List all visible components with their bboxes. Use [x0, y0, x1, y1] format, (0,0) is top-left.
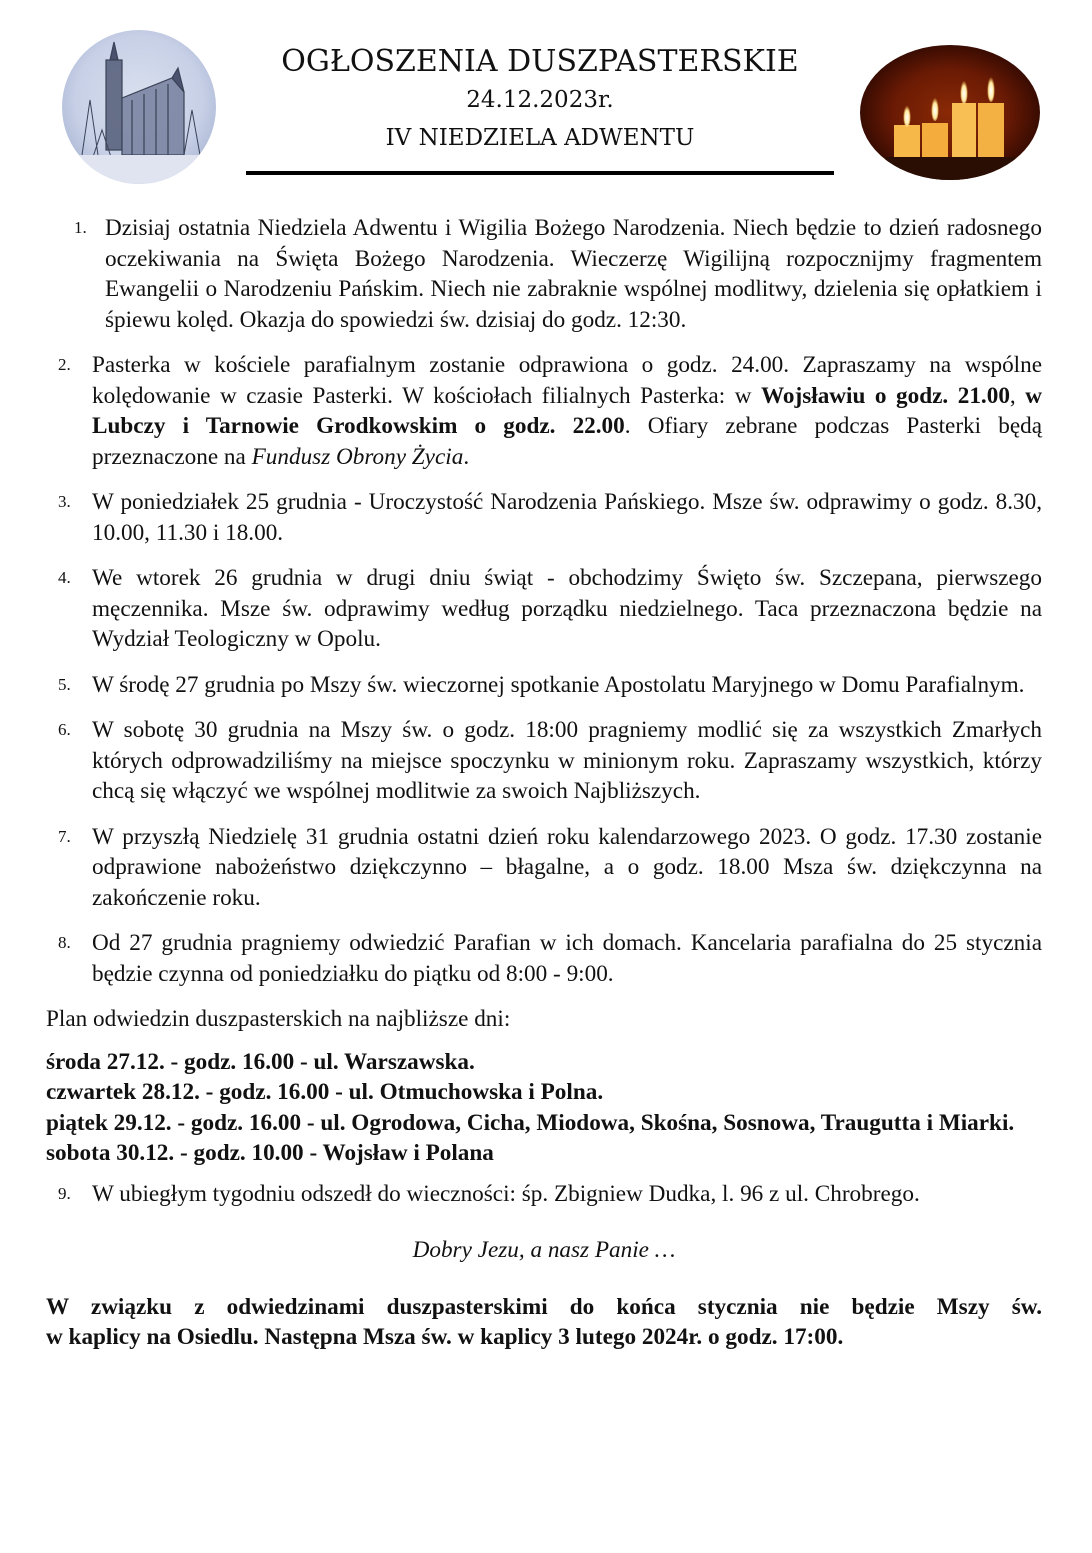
item-number: 1.: [74, 213, 87, 244]
item-text: W poniedziałek 25 grudnia - Uroczystość …: [92, 487, 1042, 548]
announcements: 1.Dzisiaj ostatnia Niedziela Adwentu i W…: [46, 213, 1042, 1353]
item-text: W sobotę 30 grudnia na Mszy św. o godz. …: [92, 715, 1042, 807]
final-notice-line-2: w kaplicy na Osiedlu. Następna Msza św. …: [46, 1322, 1042, 1353]
item-number: 8.: [58, 928, 71, 959]
emphasis-italic: Fundusz Obrony Życia: [252, 444, 464, 470]
announcement-item: 8.Od 27 grudnia pragniemy odwiedzić Para…: [46, 928, 1042, 989]
item-text: W przyszłą Niedzielę 31 grudnia ostatni …: [92, 822, 1042, 914]
announcement-item: 3.W poniedziałek 25 grudnia - Uroczystoś…: [46, 487, 1042, 548]
item-text: We wtorek 26 grudnia w drugi dniu świąt …: [92, 563, 1042, 655]
announcement-list: 1.Dzisiaj ostatnia Niedziela Adwentu i W…: [46, 213, 1042, 989]
announcement-item: 4.We wtorek 26 grudnia w drugi dniu świą…: [46, 563, 1042, 655]
text-run: W środę 27 grudnia po Mszy św. wieczorne…: [92, 672, 1024, 698]
visit-plan-entry: środa 27.12. - godz. 16.00 - ul. Warszaw…: [46, 1047, 1042, 1078]
text-run: Dzisiaj ostatnia Niedziela Adwentu i Wig…: [105, 215, 1042, 333]
candles-image: [860, 45, 1040, 180]
item-text: Dzisiaj ostatnia Niedziela Adwentu i Wig…: [105, 213, 1042, 335]
text-run: .: [463, 444, 469, 470]
item-number: 2.: [58, 350, 71, 381]
visit-plan-entry: czwartek 28.12. - godz. 16.00 - ul. Otmu…: [46, 1077, 1042, 1108]
announcement-list-continued: 9. W ubiegłym tygodniu odszedł do wieczn…: [46, 1179, 1042, 1210]
item-number: 7.: [58, 822, 71, 853]
final-notice: W związku z odwiedzinami duszpasterskimi…: [46, 1292, 1042, 1353]
announcement-item: 5.W środę 27 grudnia po Mszy św. wieczor…: [46, 670, 1042, 701]
text-run: Od 27 grudnia pragniemy odwiedzić Parafi…: [92, 930, 1042, 987]
text-run: W przyszłą Niedzielę 31 grudnia ostatni …: [92, 824, 1042, 911]
item-number: 3.: [58, 487, 71, 518]
announcement-item: 7.W przyszłą Niedzielę 31 grudnia ostatn…: [46, 822, 1042, 914]
item-text: W środę 27 grudnia po Mszy św. wieczorne…: [92, 670, 1042, 701]
text-run: ,: [1010, 383, 1025, 409]
announcement-item: 2.Pasterka w kościele parafialnym zostan…: [46, 350, 1042, 472]
item-text: Od 27 grudnia pragniemy odwiedzić Parafi…: [92, 928, 1042, 989]
text-run: W sobotę 30 grudnia na Mszy św. o godz. …: [92, 717, 1042, 804]
page-header: OGŁOSZENIA DUSZPASTERSKIE 24.12.2023r. I…: [240, 42, 840, 158]
announcement-item: 9. W ubiegłym tygodniu odszedł do wieczn…: [46, 1179, 1042, 1210]
page-date: 24.12.2023r.: [240, 82, 840, 118]
item-text: W ubiegłym tygodniu odszedł do wiecznośc…: [92, 1179, 1042, 1210]
closing-prayer: Dobry Jezu, a nasz Panie …: [46, 1235, 1042, 1266]
visit-plan-entry: sobota 30.12. - godz. 10.00 - Wojsław i …: [46, 1138, 1042, 1169]
announcement-item: 1.Dzisiaj ostatnia Niedziela Adwentu i W…: [46, 213, 1042, 335]
announcement-item: 6.W sobotę 30 grudnia na Mszy św. o godz…: [46, 715, 1042, 807]
item-number: 9.: [58, 1179, 71, 1210]
visit-plan-entry: piątek 29.12. - godz. 16.00 - ul. Ogrodo…: [46, 1108, 1042, 1139]
item-text: Pasterka w kościele parafialnym zostanie…: [92, 350, 1042, 472]
page-subtitle: IV NIEDZIELA ADWENTU: [240, 118, 840, 158]
emphasis-bold: Wojsławiu o godz. 21.00: [761, 383, 1010, 409]
item-number: 5.: [58, 670, 71, 701]
page-title: OGŁOSZENIA DUSZPASTERSKIE: [240, 42, 840, 82]
text-run: We wtorek 26 grudnia w drugi dniu świąt …: [92, 565, 1042, 652]
text-run: W poniedziałek 25 grudnia - Uroczystość …: [92, 489, 1042, 546]
visit-plan: środa 27.12. - godz. 16.00 - ul. Warszaw…: [46, 1047, 1042, 1169]
item-number: 6.: [58, 715, 71, 746]
final-notice-line-1: W związku z odwiedzinami duszpasterskimi…: [46, 1292, 1042, 1323]
plan-title: Plan odwiedzin duszpasterskich na najbli…: [46, 1004, 1042, 1035]
item-number: 4.: [58, 563, 71, 594]
church-image: [62, 30, 216, 184]
header-divider: [246, 171, 834, 175]
